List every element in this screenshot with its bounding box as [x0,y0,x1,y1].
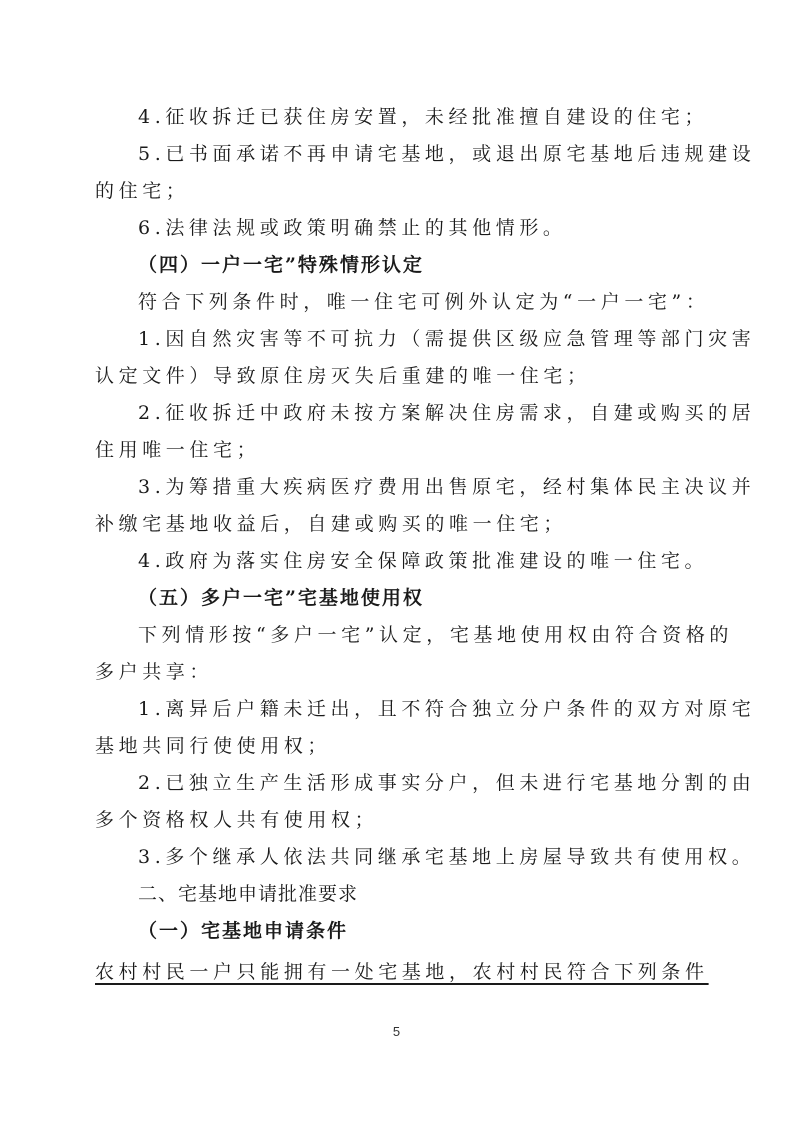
paragraph-intro-multi-household: 下列情形按“多户一宅”认定，宅基地使用权由符合资格的 [138,620,700,650]
list-item-1-divorce: 1.离异后户籍未迁出，且不符合独立分户条件的双方对原宅 [138,694,700,724]
paragraph-intro-exceptions: 符合下列条件时，唯一住宅可例外认定为“一户一宅”： [138,287,700,317]
list-item-2-continued: 多个资格权人共有使用权； [95,805,699,835]
section-heading-five: （五）多户一宅”宅基地使用权 [138,583,700,613]
section-heading-four: （四）一户一宅”特殊情形认定 [138,250,700,280]
list-item-1-natural-disaster: 1.因自然灾害等不可抗力（需提供区级应急管理等部门灾害 [138,324,700,354]
list-item-1-divorce-continued: 基地共同行使使用权； [95,731,699,761]
list-item-5-written-commitment: 5.已书面承诺不再申请宅基地，或退出原宅基地后违规建设 [138,139,700,169]
document-page: 4.征收拆迁已获住房安置，未经批准擅自建设的住宅； 5.已书面承诺不再申请宅基地… [0,0,793,1122]
list-item-2-expropriation: 2.征收拆迁中政府未按方案解决住房需求，自建或购买的居 [138,398,700,428]
underlined-paragraph: 农村村民一户只能拥有一处宅基地，农村村民符合下列条件 [95,957,699,987]
chapter-heading-two: 二、宅基地申请批准要求 [138,879,700,909]
list-item-6-other-prohibited: 6.法律法规或政策明确禁止的其他情形。 [138,213,700,243]
list-item-2-de-facto-separation: 2.已独立生产生活形成事实分户，但未进行宅基地分割的由 [138,768,700,798]
list-item-3-inheritance: 3.多个继承人依法共同继承宅基地上房屋导致共有使用权。 [138,842,700,872]
list-item-4-unapproved-construction: 4.征收拆迁已获住房安置，未经批准擅自建设的住宅； [138,102,700,132]
section-heading-one: （一）宅基地申请条件 [138,916,700,946]
list-item-4-housing-security: 4.政府为落实住房安全保障政策批准建设的唯一住宅。 [138,546,700,576]
list-item-3-medical-expenses: 3.为筹措重大疾病医疗费用出售原宅，经村集体民主决议并 [138,472,700,502]
paragraph-intro-continued: 多户共享： [95,657,699,687]
list-item-3-continued: 补缴宅基地收益后，自建或购买的唯一住宅； [95,509,699,539]
page-number: 5 [0,1024,793,1039]
list-item-5-continued: 的住宅； [95,176,699,206]
list-item-1-continued: 认定文件）导致原住房灭失后重建的唯一住宅； [95,361,699,391]
list-item-2-continued: 住用唯一住宅； [95,435,699,465]
